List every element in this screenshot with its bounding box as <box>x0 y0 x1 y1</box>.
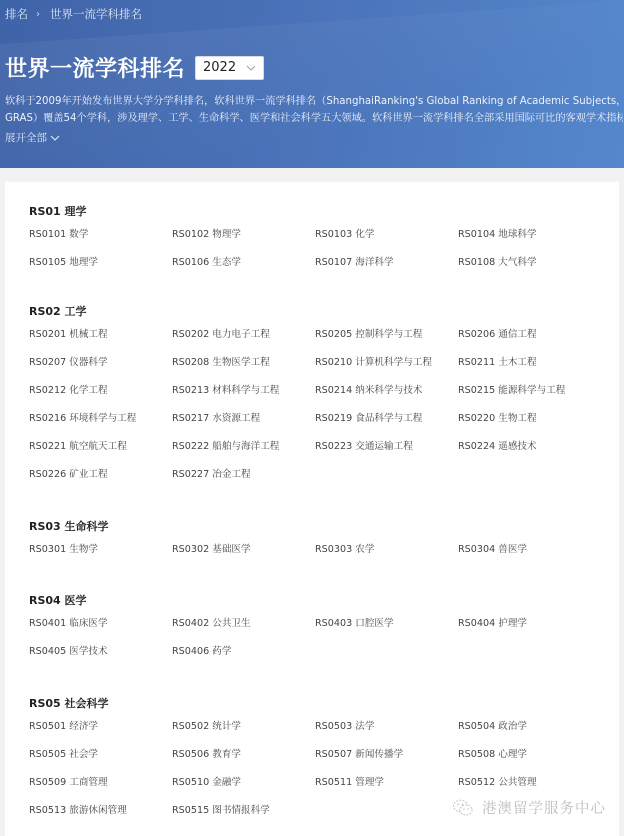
intro-text: 软科于2009年开始发布世界大学分学科排名，软科世界一流学科排名（Shangha… <box>5 93 623 127</box>
group-name: 生命科学 <box>65 520 109 533</box>
group-name: 社会科学 <box>65 697 109 710</box>
subject-link[interactable]: RS0214 纳米科学与技术 <box>315 383 458 411</box>
subject-link[interactable]: RS0505 社会学 <box>29 747 172 775</box>
subject-link[interactable]: RS0510 金融学 <box>172 775 315 803</box>
group-name: 理学 <box>65 205 87 218</box>
group-name: 医学 <box>65 594 87 607</box>
subject-grid: RS0201 机械工程 RS0202 电力电子工程 RS0205 控制科学与工程… <box>29 327 601 495</box>
expand-all-label: 展开全部 <box>5 130 47 145</box>
subject-link[interactable]: RS0101 数学 <box>29 227 172 255</box>
group-title: RS04 医学 <box>29 593 601 609</box>
subject-link[interactable]: RS0501 经济学 <box>29 719 172 747</box>
subject-link[interactable]: RS0205 控制科学与工程 <box>315 327 458 355</box>
subject-link[interactable]: RS0503 法学 <box>315 719 458 747</box>
header-banner: 排名 › 世界一流学科排名 世界一流学科排名 2022 软科于2009年开始发布… <box>0 0 624 168</box>
subject-link[interactable]: RS0301 生物学 <box>29 542 172 570</box>
year-select-value: 2022 <box>203 60 236 75</box>
subject-link[interactable]: RS0217 水资源工程 <box>172 411 315 439</box>
subject-link[interactable]: RS0104 地球科学 <box>458 227 601 255</box>
subject-link[interactable]: RS0222 船舶与海洋工程 <box>172 439 315 467</box>
subject-group-rs03: RS03 生命科学 RS0301 生物学 RS0302 基础医学 RS0303 … <box>29 519 601 570</box>
subject-link[interactable]: RS0215 能源科学与工程 <box>458 383 601 411</box>
subject-link[interactable]: RS0220 生物工程 <box>458 411 601 439</box>
subject-link[interactable]: RS0304 兽医学 <box>458 542 601 570</box>
subject-link[interactable]: RS0103 化学 <box>315 227 458 255</box>
subject-link[interactable]: RS0515 图书情报科学 <box>172 803 315 831</box>
subject-group-rs01: RS01 理学 RS0101 数学 RS0102 物理学 RS0103 化学 R… <box>29 204 601 283</box>
subject-link[interactable]: RS0102 物理学 <box>172 227 315 255</box>
breadcrumb-separator-icon: › <box>36 9 40 20</box>
breadcrumb: 排名 › 世界一流学科排名 <box>5 6 142 22</box>
subject-link[interactable]: RS0511 管理学 <box>315 775 458 803</box>
subject-link[interactable]: RS0226 矿业工程 <box>29 467 172 495</box>
subject-link[interactable]: RS0405 医学技术 <box>29 644 172 672</box>
subject-link[interactable]: RS0224 遥感技术 <box>458 439 601 467</box>
group-code: RS02 <box>29 305 61 318</box>
chevron-down-icon <box>245 62 257 74</box>
subject-link[interactable]: RS0107 海洋科学 <box>315 255 458 283</box>
subject-link[interactable]: RS0211 土木工程 <box>458 355 601 383</box>
subject-link[interactable]: RS0509 工商管理 <box>29 775 172 803</box>
subject-link[interactable]: RS0303 农学 <box>315 542 458 570</box>
subject-link[interactable]: RS0108 大气科学 <box>458 255 601 283</box>
subject-link[interactable]: RS0508 心理学 <box>458 747 601 775</box>
subject-link[interactable]: RS0216 环境科学与工程 <box>29 411 172 439</box>
watermark: 港澳留学服务中心 <box>452 797 606 818</box>
expand-all-button[interactable]: 展开全部 <box>5 130 60 145</box>
subject-link[interactable]: RS0202 电力电子工程 <box>172 327 315 355</box>
title-row: 世界一流学科排名 2022 <box>5 52 264 83</box>
group-name: 工学 <box>65 305 87 318</box>
intro-line: 软科于2009年开始发布世界大学分学科排名，软科世界一流学科排名（Shangha… <box>5 93 623 110</box>
subject-link[interactable]: RS0507 新闻传播学 <box>315 747 458 775</box>
wechat-icon <box>452 798 474 818</box>
group-code: RS01 <box>29 205 61 218</box>
subject-link[interactable]: RS0223 交通运输工程 <box>315 439 458 467</box>
year-select[interactable]: 2022 <box>195 56 264 80</box>
group-code: RS05 <box>29 697 61 710</box>
subject-link[interactable]: RS0402 公共卫生 <box>172 616 315 644</box>
subject-list-card: RS01 理学 RS0101 数学 RS0102 物理学 RS0103 化学 R… <box>5 182 619 836</box>
group-code: RS03 <box>29 520 61 533</box>
chevron-down-icon <box>50 133 60 143</box>
subject-link[interactable]: RS0212 化学工程 <box>29 383 172 411</box>
subject-link[interactable]: RS0210 计算机科学与工程 <box>315 355 458 383</box>
intro-line: GRAS）覆盖54个学科，涉及理学、工学、生命科学、医学和社会科学五大领域。软科… <box>5 110 623 127</box>
group-title: RS01 理学 <box>29 204 601 220</box>
subject-link[interactable]: RS0221 航空航天工程 <box>29 439 172 467</box>
subject-group-rs02: RS02 工学 RS0201 机械工程 RS0202 电力电子工程 RS0205… <box>29 304 601 495</box>
subject-link[interactable]: RS0404 护理学 <box>458 616 601 644</box>
subject-group-rs04: RS04 医学 RS0401 临床医学 RS0402 公共卫生 RS0403 口… <box>29 593 601 672</box>
watermark-text: 港澳留学服务中心 <box>482 797 606 818</box>
subject-grid: RS0101 数学 RS0102 物理学 RS0103 化学 RS0104 地球… <box>29 227 601 283</box>
subject-grid: RS0301 生物学 RS0302 基础医学 RS0303 农学 RS0304 … <box>29 542 601 570</box>
breadcrumb-item-current: 世界一流学科排名 <box>50 6 142 22</box>
subject-link[interactable]: RS0208 生物医学工程 <box>172 355 315 383</box>
subject-link[interactable]: RS0219 食品科学与工程 <box>315 411 458 439</box>
group-title: RS02 工学 <box>29 304 601 320</box>
subject-link[interactable]: RS0502 统计学 <box>172 719 315 747</box>
subject-link[interactable]: RS0406 药学 <box>172 644 315 672</box>
page-title: 世界一流学科排名 <box>5 52 185 83</box>
subject-link[interactable]: RS0227 冶金工程 <box>172 467 315 495</box>
group-code: RS04 <box>29 594 61 607</box>
subject-link[interactable]: RS0213 材料科学与工程 <box>172 383 315 411</box>
subject-link[interactable]: RS0506 教育学 <box>172 747 315 775</box>
subject-link[interactable]: RS0106 生态学 <box>172 255 315 283</box>
group-title: RS05 社会科学 <box>29 696 601 712</box>
subject-link[interactable]: RS0207 仪器科学 <box>29 355 172 383</box>
subject-link[interactable]: RS0504 政治学 <box>458 719 601 747</box>
breadcrumb-item-rankings[interactable]: 排名 <box>5 6 28 22</box>
subject-link[interactable]: RS0201 机械工程 <box>29 327 172 355</box>
subject-link[interactable]: RS0513 旅游休闲管理 <box>29 803 172 831</box>
subject-link[interactable]: RS0105 地理学 <box>29 255 172 283</box>
group-title: RS03 生命科学 <box>29 519 601 535</box>
subject-grid: RS0401 临床医学 RS0402 公共卫生 RS0403 口腔医学 RS04… <box>29 616 601 672</box>
subject-link[interactable]: RS0401 临床医学 <box>29 616 172 644</box>
subject-link[interactable]: RS0206 通信工程 <box>458 327 601 355</box>
subject-link[interactable]: RS0302 基础医学 <box>172 542 315 570</box>
subject-link[interactable]: RS0403 口腔医学 <box>315 616 458 644</box>
